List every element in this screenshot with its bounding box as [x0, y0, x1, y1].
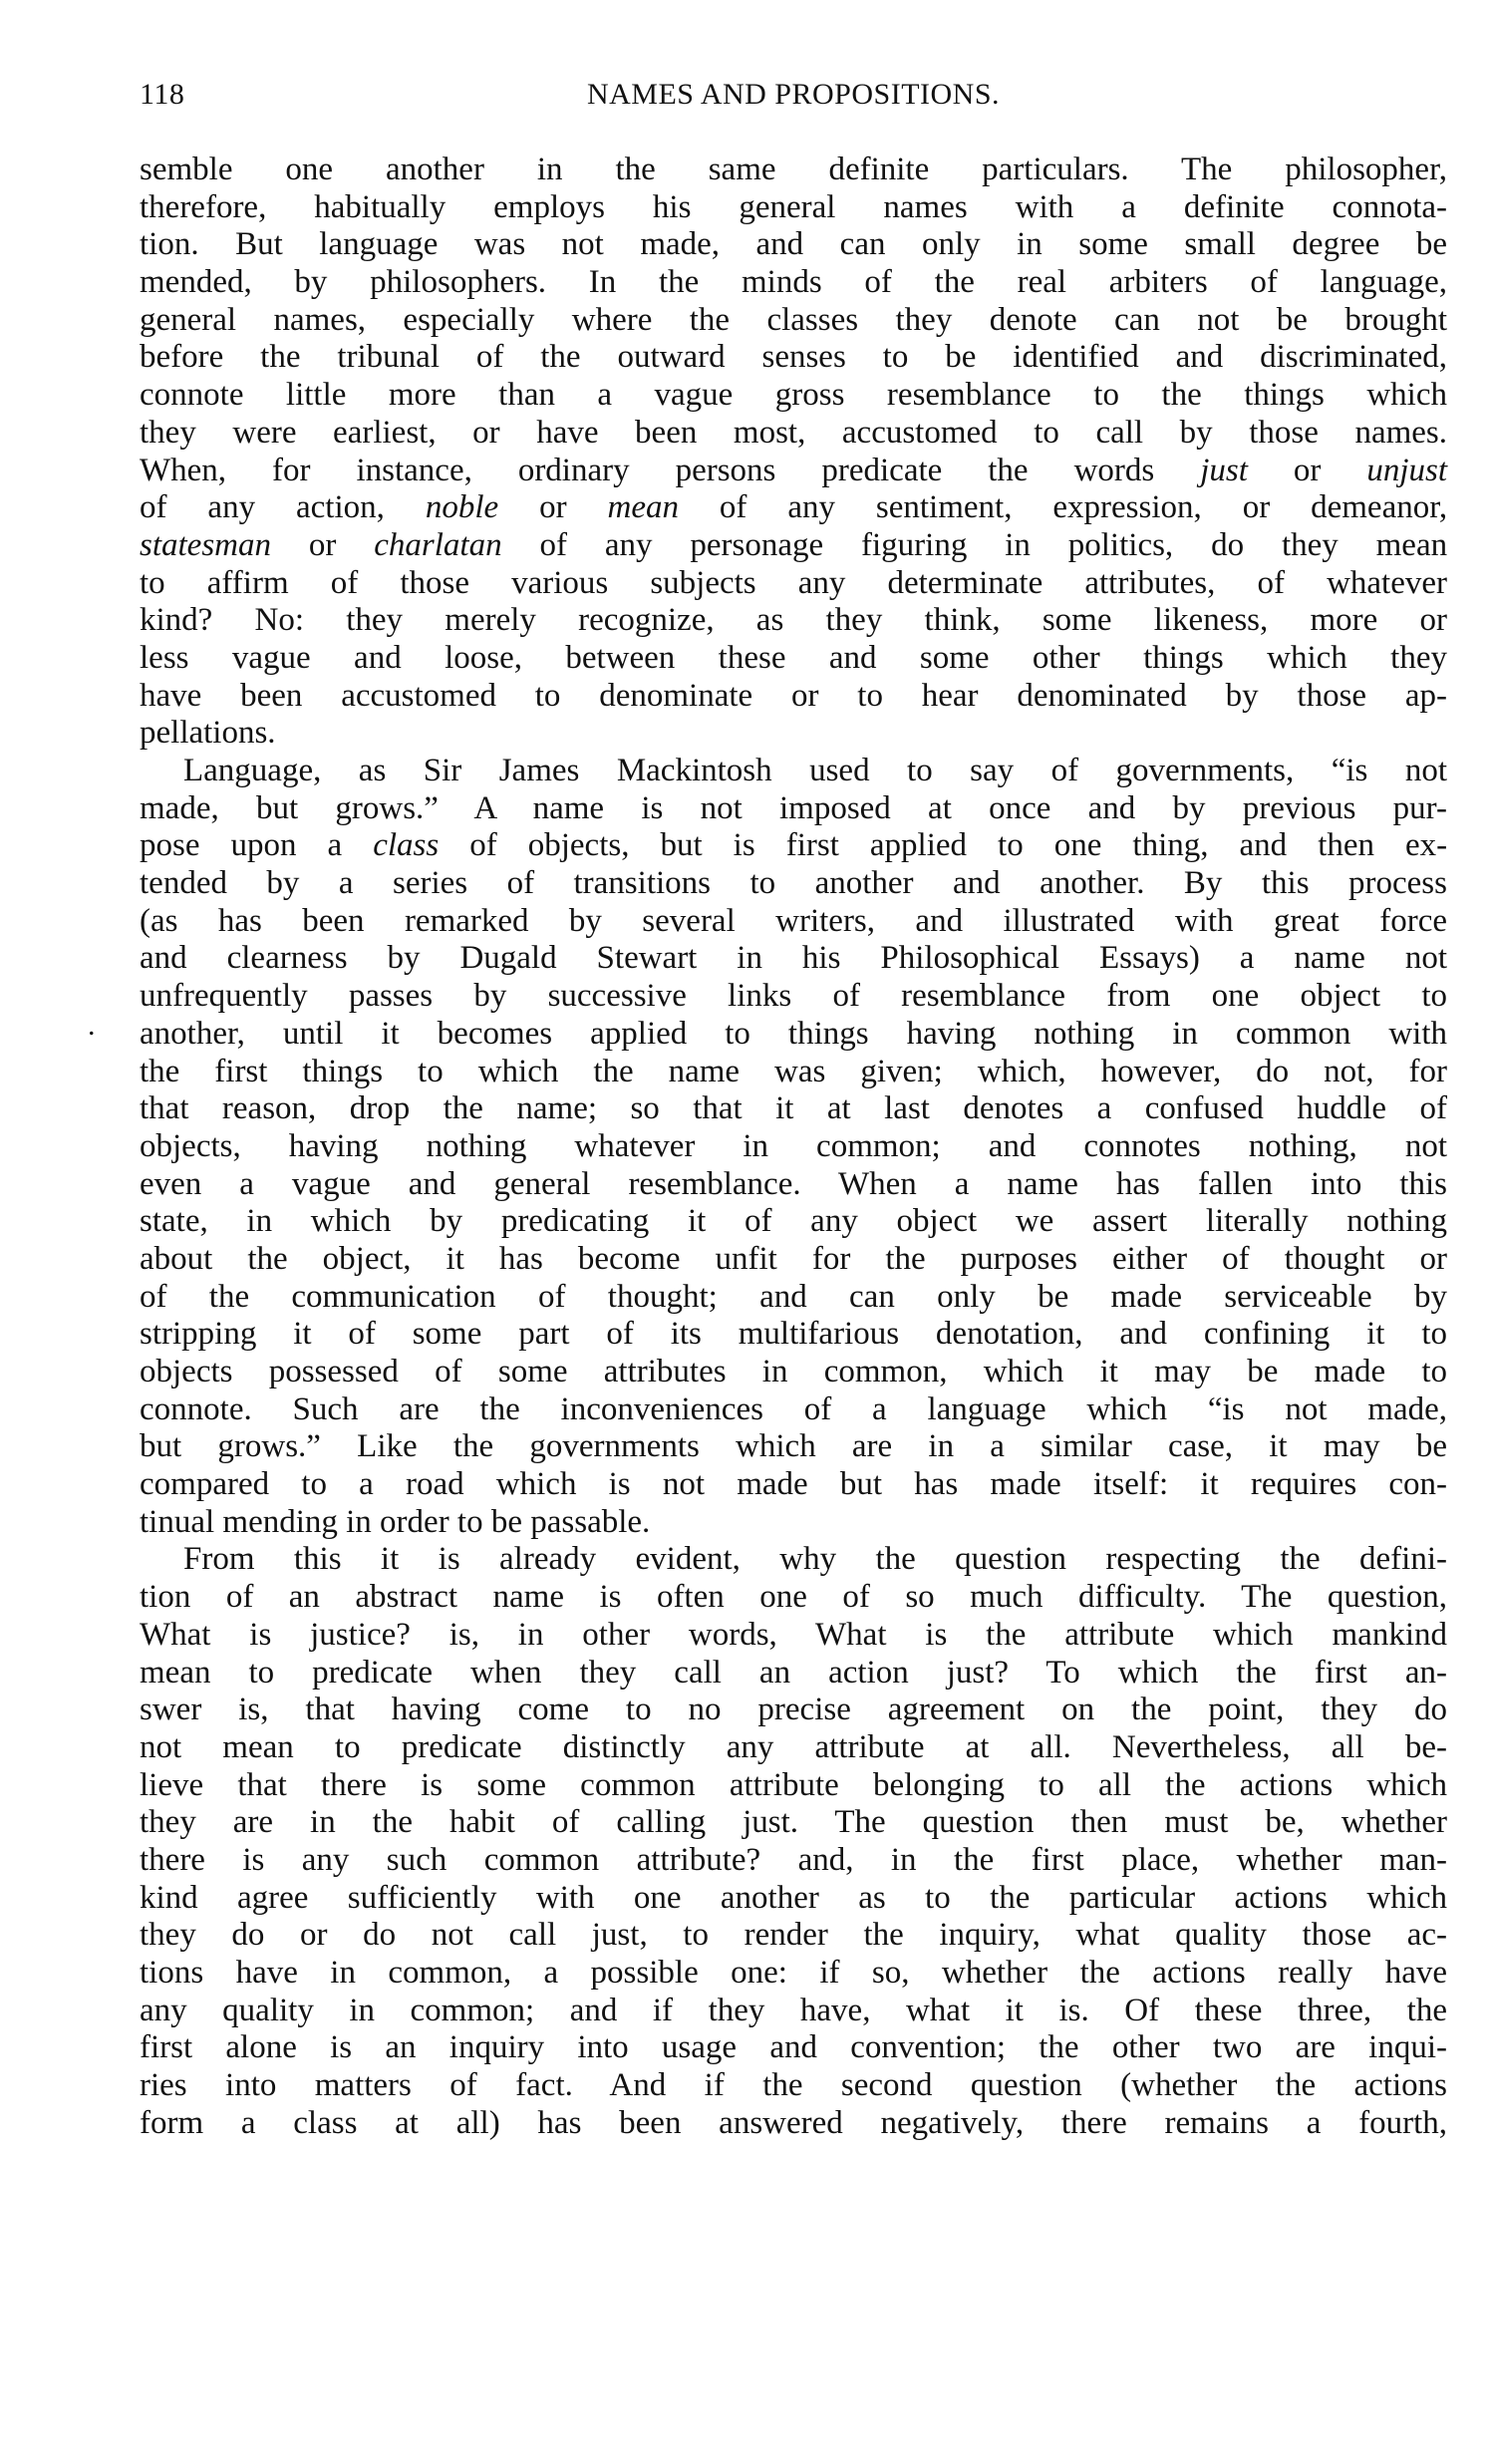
text-line: connote. Such are the inconveniences of …: [140, 1391, 1447, 1429]
text-line: they were earliest, or have been most, a…: [140, 415, 1447, 453]
margin-mark: .: [88, 1009, 96, 1043]
text-line: about the object, it has become unfit fo…: [140, 1241, 1447, 1279]
text-line: When, for instance, ordinary persons pre…: [140, 453, 1447, 490]
text-line: pose upon a class of objects, but is fir…: [140, 827, 1447, 865]
text-line: pellations.: [140, 715, 1447, 753]
text-line: of the communication of thought; and can…: [140, 1279, 1447, 1317]
text-line: ries into matters of fact. And if the se…: [140, 2067, 1447, 2105]
text-line: there is any such common attribute? and,…: [140, 1842, 1447, 1880]
text-line: (as has been remarked by several writers…: [140, 903, 1447, 941]
text-line: mean to predicate when they call an acti…: [140, 1655, 1447, 1693]
text-line: but grows.” Like the governments which a…: [140, 1428, 1447, 1466]
text-line: before the tribunal of the outward sense…: [140, 339, 1447, 377]
text-line: even a vague and general resemblance. Wh…: [140, 1166, 1447, 1204]
text-line: tions have in common, a possible one: if…: [140, 1955, 1447, 1993]
text-line: semble one another in the same definite …: [140, 152, 1447, 189]
text-line: objects, having nothing whatever in comm…: [140, 1128, 1447, 1166]
text-line: unfrequently passes by successive links …: [140, 978, 1447, 1016]
text-line: state, in which by predicating it of any…: [140, 1203, 1447, 1241]
text-line: to affirm of those various subjects any …: [140, 565, 1447, 603]
text-line: have been accustomed to denominate or to…: [140, 678, 1447, 716]
running-title: NAMES AND PROPOSITIONS.: [140, 78, 1447, 112]
text-line: another, until it becomes applied to thi…: [140, 1016, 1447, 1054]
text-line: connote little more than a vague gross r…: [140, 377, 1447, 415]
text-line: therefore, habitually employs his genera…: [140, 189, 1447, 227]
text-line: tion of an abstract name is often one of…: [140, 1579, 1447, 1617]
text-line: form a class at all) has been answered n…: [140, 2105, 1447, 2143]
text-line: kind agree sufficiently with one another…: [140, 1880, 1447, 1918]
running-head: 118 NAMES AND PROPOSITIONS.: [140, 78, 1447, 118]
text-line: statesman or charlatan of any personage …: [140, 527, 1447, 565]
text-line: What is justice? is, in other words, Wha…: [140, 1617, 1447, 1655]
text-line: they are in the habit of calling just. T…: [140, 1804, 1447, 1842]
text-line: compared to a road which is not made but…: [140, 1466, 1447, 1504]
text-line: first alone is an inquiry into usage and…: [140, 2029, 1447, 2067]
text-line: tion. But language was not made, and can…: [140, 226, 1447, 264]
text-line: the first things to which the name was g…: [140, 1054, 1447, 1091]
text-line: general names, especially where the clas…: [140, 302, 1447, 340]
text-line: Language, as Sir James Mackintosh used t…: [140, 753, 1447, 790]
text-line: less vague and loose, between these and …: [140, 640, 1447, 678]
text-line: From this it is already evident, why the…: [140, 1541, 1447, 1579]
text-line: and clearness by Dugald Stewart in his P…: [140, 940, 1447, 978]
text-line: that reason, drop the name; so that it a…: [140, 1090, 1447, 1128]
text-line: not mean to predicate distinctly any att…: [140, 1729, 1447, 1767]
text-line: of any action, noble or mean of any sent…: [140, 489, 1447, 527]
text-line: swer is, that having come to no precise …: [140, 1692, 1447, 1729]
text-line: objects possessed of some attributes in …: [140, 1354, 1447, 1391]
text-line: tended by a series of transitions to ano…: [140, 865, 1447, 903]
body-text: semble one another in the same definite …: [140, 152, 1447, 2142]
text-line: lieve that there is some common attribut…: [140, 1767, 1447, 1805]
text-line: kind? No: they merely recognize, as they…: [140, 602, 1447, 640]
text-line: made, but grows.” A name is not imposed …: [140, 790, 1447, 828]
text-line: mended, by philosophers. In the minds of…: [140, 264, 1447, 302]
text-line: they do or do not call just, to render t…: [140, 1917, 1447, 1955]
text-line: stripping it of some part of its multifa…: [140, 1316, 1447, 1354]
text-line: tinual mending in order to be passable.: [140, 1504, 1447, 1542]
text-line: any quality in common; and if they have,…: [140, 1993, 1447, 2030]
